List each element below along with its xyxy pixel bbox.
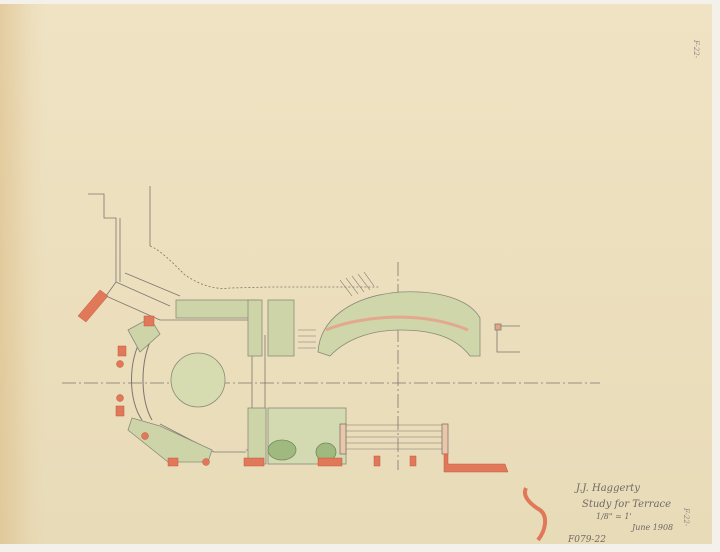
- margin-note-top: F-22-: [692, 40, 700, 58]
- title-block: J.J. Haggerty Study for Terrace 1/8" = 1…: [568, 483, 688, 552]
- drawing-scale: 1/8" = 1': [596, 512, 632, 521]
- drawing-number: F079-22: [568, 535, 606, 545]
- author-name: J.J. Haggerty: [576, 483, 640, 494]
- site-plan-drawing: [0, 0, 720, 552]
- margin-note-bottom: F-22-: [682, 508, 690, 526]
- drawing-date: June 1908: [632, 523, 673, 532]
- drawing-title: Study for Terrace: [582, 499, 671, 510]
